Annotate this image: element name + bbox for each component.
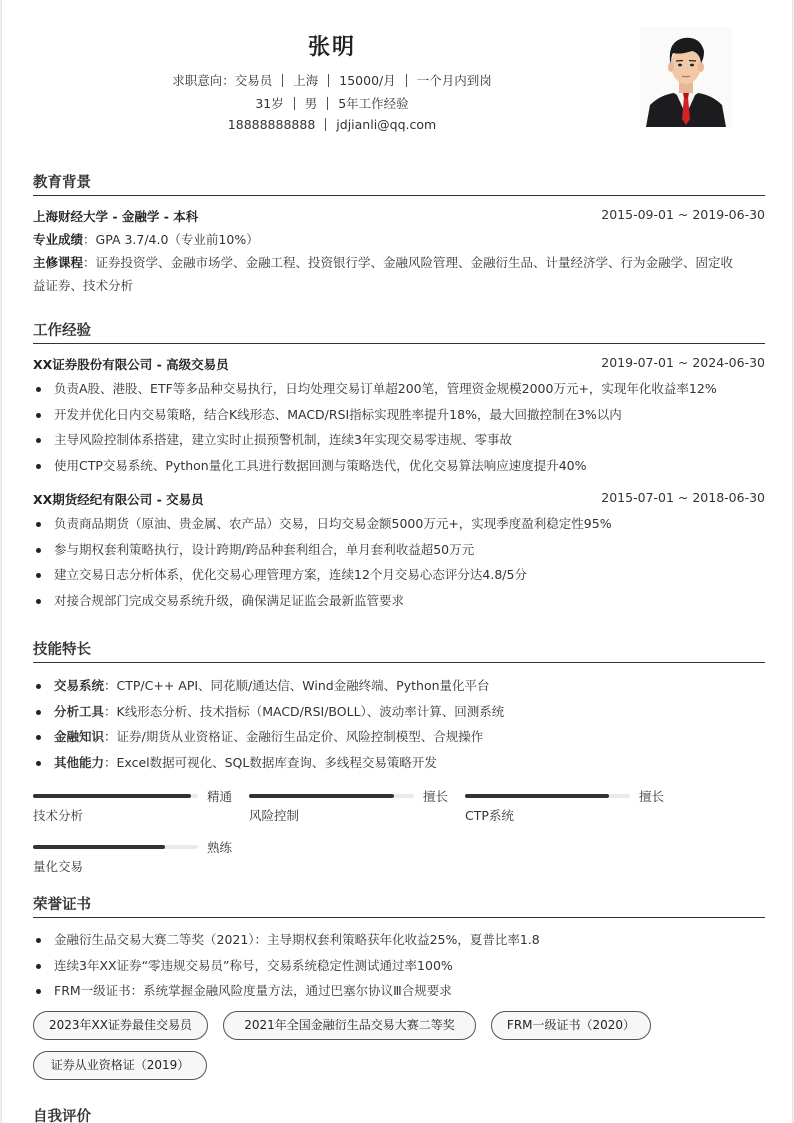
company-position: XX证券股份有限公司 - 高级交易员	[33, 355, 229, 373]
skill-name: 量化交易	[33, 857, 83, 875]
section-header: 自我评价	[33, 1105, 765, 1123]
job-bullets: 负责商品期货（原油、贵金属、农产品）交易，日均交易金额5000万元+，实现季度盈…	[33, 511, 765, 613]
skill-bar: 擅长 CTP系统	[465, 788, 665, 828]
section-title: 自我评价	[33, 1105, 91, 1123]
skill-value: ：K线形态分析、技术指标（MACD/RSI/BOLL）、波动率计算、回测系统	[104, 704, 504, 719]
gpa-line: 专业成绩：GPA 3.7/4.0（专业前10%）	[33, 228, 765, 251]
honor-tag: 2023年XX证券最佳交易员	[33, 1011, 208, 1040]
skill-bullets: 交易系统：CTP/C++ API、同花顺/通达信、Wind金融终端、Python…	[33, 673, 765, 775]
skill-bar-fill	[249, 794, 394, 798]
section-header: 荣誉证书	[33, 893, 765, 918]
section-header: 工作经验	[33, 319, 765, 344]
job-bullet: 负责商品期货（原油、贵金属、农产品）交易，日均交易金额5000万元+，实现季度盈…	[33, 511, 765, 537]
section-title: 教育背景	[33, 171, 91, 192]
resume-header: 张明 求职意向：交易员上海15000/月一个月内到岗 31岁男5年工作经验 18…	[2, 0, 794, 140]
skill-level: 擅长	[639, 787, 664, 805]
honor-item: 金融衍生品交易大赛二等奖（2021）：主导期权套利策略获年化收益25%，夏普比率…	[33, 927, 765, 953]
gpa-label: 专业成绩	[33, 232, 83, 247]
gpa-value: ：GPA 3.7/4.0（专业前10%）	[83, 232, 259, 247]
candidate-name: 张明	[2, 30, 662, 61]
honor-item: FRM一级证书：系统掌握金融风险度量方法，通过巴塞尔协议Ⅲ合规要求	[33, 978, 765, 1004]
skill-bar-fill	[33, 794, 191, 798]
skill-bar: 精通 技术分析	[33, 788, 233, 828]
skill-bar: 熟练 量化交易	[33, 839, 233, 879]
skill-bar-track	[465, 794, 630, 798]
phone: 18888888888	[228, 117, 315, 132]
skills-section: 技能特长 交易系统：CTP/C++ API、同花顺/通达信、Wind金融终端、P…	[33, 638, 765, 775]
skill-label: 交易系统	[54, 678, 104, 693]
skill-level: 擅长	[423, 787, 448, 805]
experience-years: 5年工作经验	[338, 96, 408, 111]
personal-info-line: 31岁男5年工作经验	[2, 94, 662, 112]
skill-item: 金融知识：证券/期货从业资格证、金融衍生品定价、风险控制模型、合规操作	[33, 724, 765, 750]
skill-label: 金融知识	[54, 729, 104, 744]
honor-bullets: 金融衍生品交易大赛二等奖（2021）：主导期权套利策略获年化收益25%，夏普比率…	[33, 927, 765, 1004]
education-section: 教育背景 上海财经大学 - 金融学 - 本科 2015-09-01 ~ 2019…	[33, 171, 765, 297]
city: 上海	[293, 73, 318, 88]
honor-tag: FRM一级证书（2020）	[491, 1011, 651, 1040]
job-bullet: 负责A股、港股、ETF等多品种交易执行，日均处理交易订单超200笔，管理资金规模…	[33, 376, 765, 402]
contact-line: 18888888888jdjianli@qq.com	[2, 117, 662, 132]
education-entry-header: 上海财经大学 - 金融学 - 本科 2015-09-01 ~ 2019-06-3…	[33, 204, 765, 228]
skill-label: 分析工具	[54, 704, 104, 719]
self-evaluation-section: 自我评价	[33, 1105, 765, 1123]
job-intention-line: 求职意向：交易员上海15000/月一个月内到岗	[2, 71, 662, 89]
skill-bar: 擅长 风险控制	[249, 788, 449, 828]
availability: 一个月内到岗	[417, 73, 492, 88]
courses-line-cont: 益证券、技术分析	[33, 274, 765, 297]
job-bullet: 使用CTP交易系统、Python量化工具进行数据回测与策略迭代，优化交易算法响应…	[33, 453, 765, 479]
company-position: XX期货经纪有限公司 - 交易员	[33, 490, 204, 508]
skill-item: 分析工具：K线形态分析、技术指标（MACD/RSI/BOLL）、波动率计算、回测…	[33, 699, 765, 725]
section-title: 技能特长	[33, 638, 91, 659]
skill-bar-track	[33, 794, 198, 798]
section-title: 荣誉证书	[33, 893, 91, 914]
skill-label: 其他能力	[54, 755, 104, 770]
honor-item: 连续3年XX证券“零违规交易员”称号，交易系统稳定性测试通过率100%	[33, 953, 765, 979]
job-header: XX证券股份有限公司 - 高级交易员 2019-07-01 ~ 2024-06-…	[33, 352, 765, 376]
skill-item: 交易系统：CTP/C++ API、同花顺/通达信、Wind金融终端、Python…	[33, 673, 765, 699]
skill-name: 技术分析	[33, 806, 83, 824]
job-date: 2019-07-01 ~ 2024-06-30	[601, 355, 765, 370]
work-section: 工作经验 XX证券股份有限公司 - 高级交易员 2019-07-01 ~ 202…	[33, 319, 765, 613]
gender: 男	[305, 96, 318, 111]
skill-value: ：CTP/C++ API、同花顺/通达信、Wind金融终端、Python量化平台	[104, 678, 490, 693]
section-header: 教育背景	[33, 171, 765, 196]
divider	[328, 74, 329, 87]
job-bullet: 建立交易日志分析体系，优化交易心理管理方案，连续12个月交易心态评分达4.8/5…	[33, 562, 765, 588]
skill-item: 其他能力：Excel数据可视化、SQL数据库查询、多线程交易策略开发	[33, 750, 765, 776]
job-bullets: 负责A股、港股、ETF等多品种交易执行，日均处理交易订单超200笔，管理资金规模…	[33, 376, 765, 478]
section-title: 工作经验	[33, 319, 91, 340]
school-major-degree: 上海财经大学 - 金融学 - 本科	[33, 207, 198, 225]
skill-value: ：证券/期货从业资格证、金融衍生品定价、风险控制模型、合规操作	[104, 729, 483, 744]
divider	[406, 74, 407, 87]
skill-name: 风险控制	[249, 806, 299, 824]
divider	[327, 97, 328, 110]
skill-bar-track	[33, 845, 198, 849]
job-bullet: 主导风险控制体系搭建，建立实时止损预警机制，连续3年实现交易零违规、零事故	[33, 427, 765, 453]
section-header: 技能特长	[33, 638, 765, 663]
skill-name: CTP系统	[465, 806, 514, 824]
age: 31岁	[255, 96, 283, 111]
avatar-portrait-icon	[640, 27, 732, 127]
skill-value: ：Excel数据可视化、SQL数据库查询、多线程交易策略开发	[104, 755, 437, 770]
resume-page: 张明 求职意向：交易员上海15000/月一个月内到岗 31岁男5年工作经验 18…	[1, 0, 793, 1123]
job-header: XX期货经纪有限公司 - 交易员 2015-07-01 ~ 2018-06-30	[33, 487, 765, 511]
courses-value: ：证券投资学、金融市场学、金融工程、投资银行学、金融风险管理、金融衍生品、计量经…	[83, 255, 733, 270]
job-bullet: 参与期权套利策略执行，设计跨期/跨品种套利组合，单月套利收益超50万元	[33, 537, 765, 563]
courses-label: 主修课程	[33, 255, 83, 270]
avatar	[640, 27, 732, 127]
skill-bar-fill	[465, 794, 609, 798]
skill-bar-track	[249, 794, 414, 798]
job-bullet: 开发并优化日内交易策略，结合K线形态、MACD/RSI指标实现胜率提升18%，最…	[33, 402, 765, 428]
skill-bar-fill	[33, 845, 165, 849]
job-bullet: 对接合规部门完成交易系统升级，确保满足证监会最新监管要求	[33, 588, 765, 614]
email[interactable]: jdjianli@qq.com	[336, 117, 436, 132]
education-date: 2015-09-01 ~ 2019-06-30	[601, 207, 765, 222]
honor-tag: 2021年全国金融衍生品交易大赛二等奖	[223, 1011, 476, 1040]
honor-tag: 证券从业资格证（2019）	[33, 1051, 207, 1080]
courses-line: 主修课程：证券投资学、金融市场学、金融工程、投资银行学、金融风险管理、金融衍生品…	[33, 251, 765, 274]
divider	[282, 74, 283, 87]
divider	[294, 97, 295, 110]
skill-level: 精通	[207, 787, 232, 805]
job-date: 2015-07-01 ~ 2018-06-30	[601, 490, 765, 505]
honors-section: 荣誉证书 金融衍生品交易大赛二等奖（2021）：主导期权套利策略获年化收益25%…	[33, 893, 765, 1004]
skill-level: 熟练	[207, 838, 232, 856]
job-intention: 求职意向：交易员	[172, 73, 272, 88]
divider	[325, 118, 326, 131]
salary: 15000/月	[339, 73, 395, 88]
